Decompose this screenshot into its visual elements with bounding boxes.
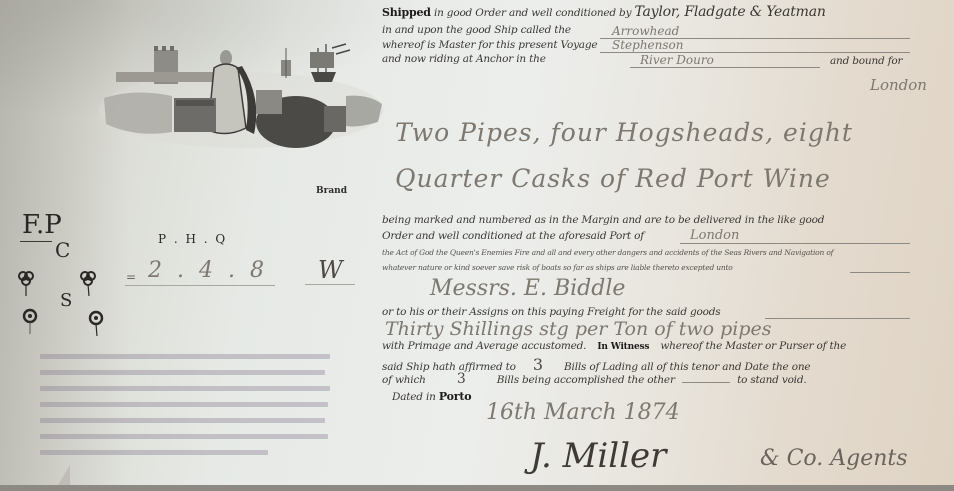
- in-witness: In Witness: [597, 342, 649, 352]
- cask-letters: P . H . Q: [158, 232, 227, 246]
- destination-field: London: [870, 76, 927, 94]
- accomplished-count: 3: [457, 371, 466, 387]
- shipped-word: Shipped: [382, 6, 431, 19]
- clover-mark-icon: [80, 270, 96, 298]
- header-line-3-text: whereof is Master for this present Voyag…: [382, 39, 597, 51]
- body-line-6-end: whereof the Master or Purser of the: [660, 340, 846, 352]
- port-rule: [680, 243, 910, 244]
- consignee-field: Messrs. E. Biddle: [430, 276, 625, 301]
- faded-stamp-block: [40, 352, 340, 472]
- dated-in-label: Dated in: [392, 391, 436, 403]
- page-bottom-edge: [0, 485, 954, 491]
- header-line-4-text: and now riding at Anchor in the: [382, 53, 546, 65]
- body-line-6-text: with Primage and Average accustomed.: [382, 340, 586, 352]
- brand-center-letter: C: [55, 238, 70, 262]
- brand-label: Brand: [316, 186, 347, 196]
- freight-field: Thirty Shillings stg per Ton of two pipe…: [385, 318, 772, 340]
- shipper-name: Taylor, Fladgate & Yeatman: [634, 4, 825, 20]
- brand-initials-underline: [20, 241, 52, 242]
- side-mark-rule: [305, 284, 355, 285]
- place-porto: Porto: [439, 390, 472, 403]
- body-line-8: of which 3 Bills being accomplished the …: [382, 371, 807, 387]
- anchorage-field: River Douro: [640, 53, 714, 67]
- clover-mark-icon: [22, 308, 38, 336]
- body-line-3: the Act of God the Queen's Enemies Fire …: [382, 248, 833, 257]
- header-line-1-text: in good Order and well conditioned by: [434, 7, 631, 19]
- page-corner-fold: [58, 465, 70, 485]
- faded-line: [40, 402, 328, 407]
- signature-suffix: & Co. Agents: [760, 446, 908, 471]
- void-count-rule: [682, 382, 730, 383]
- header-line-1: Shipped in good Order and well condition…: [382, 4, 826, 20]
- ship-name-field: Arrowhead: [612, 24, 679, 38]
- body-line-6: with Primage and Average accustomed. In …: [382, 340, 846, 352]
- master-field: Stephenson: [612, 38, 684, 52]
- cargo-line-2: Quarter Casks of Red Port Wine: [395, 164, 831, 193]
- cask-counts: 2 . 4 . 8: [148, 258, 268, 283]
- freight-rule: [765, 318, 910, 319]
- faded-line: [40, 354, 330, 359]
- brand-initials: F.P: [22, 210, 62, 240]
- faded-line: [40, 370, 325, 375]
- dated-line: Dated in Porto: [392, 390, 471, 403]
- faded-line: [40, 386, 330, 391]
- cargo-line-1: Two Pipes, four Hogsheads, eight: [395, 118, 853, 147]
- body-line-8-mid: Bills being accomplished the other: [497, 374, 675, 386]
- consignee-rule-1: [850, 272, 910, 273]
- clover-mark-icon: [88, 310, 104, 338]
- header-line-4-end: and bound for: [830, 55, 902, 67]
- body-line-1: being marked and numbered as in the Marg…: [382, 214, 824, 226]
- faded-line: [40, 450, 268, 455]
- brand-lower-letter: S: [60, 290, 72, 311]
- cask-counts-rule: [125, 285, 275, 286]
- cask-counts-prefix: =: [126, 270, 136, 284]
- faded-line: [40, 418, 325, 423]
- clover-mark-icon: [18, 270, 34, 298]
- port-field: London: [690, 228, 739, 243]
- date-field: 16th March 1874: [486, 400, 680, 425]
- signature: J. Miller: [530, 436, 666, 476]
- side-mark: W: [318, 256, 343, 284]
- body-line-5: or to his or their Assigns on this payin…: [382, 306, 720, 318]
- faded-line: [40, 434, 328, 439]
- header-line-2-text: in and upon the good Ship called the: [382, 24, 571, 36]
- body-line-8-end: to stand void.: [737, 374, 806, 386]
- anchorage-rule: [630, 67, 820, 68]
- body-line-2: Order and well conditioned at the afores…: [382, 230, 644, 242]
- engraving-vignette: [96, 38, 386, 150]
- body-line-4: whatever nature or kind soever save risk…: [382, 263, 733, 272]
- body-line-8-text: of which: [382, 374, 426, 386]
